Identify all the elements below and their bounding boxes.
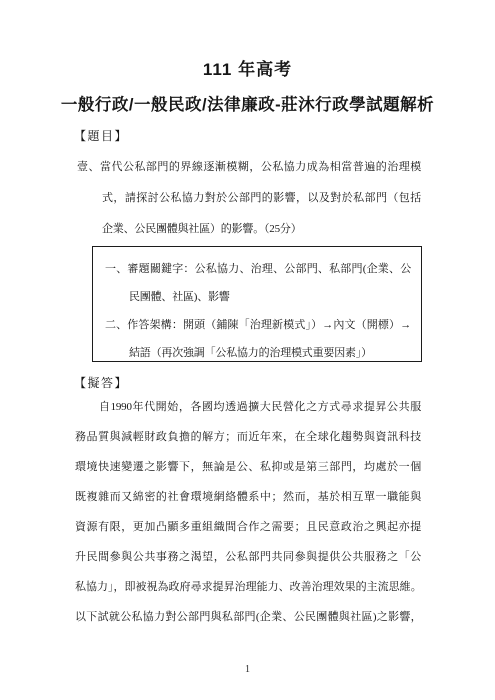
question-line: 企業、公民團體與社區）的影響。（25分）: [102, 214, 421, 245]
answer-line: 升民間參與公共事務之渴望，公私部門共同參與提供公共服務之「公: [75, 542, 421, 572]
document-page: { "document": { "title": "111 年高考", "sub…: [0, 0, 495, 700]
answer-line: 務品質與減輕財政負擔的解方；而近年來，在全球化趨勢與資訊科技: [75, 422, 421, 452]
answer-line: 既複雜而又綿密的社會環境網絡體系中；然而，基於相互單一職能與: [75, 482, 421, 512]
question-label: 【題目】: [74, 127, 128, 144]
page-subtitle: 一般行政/一般民政/法律廉政-莊沐行政學試題解析: [0, 91, 495, 115]
answer-label: 【擬答】: [74, 374, 128, 391]
key-points-box: 一、審題關鍵字：公私協力、治理、公部門、私部門(企業、公 民團體、社區)、影響 …: [92, 246, 422, 362]
key-box-line: 一、審題關鍵字：公私協力、治理、公部門、私部門(企業、公: [105, 255, 411, 283]
answer-line: 自1990年代開始，各國均透過擴大民營化之方式尋求提昇公共服: [75, 392, 421, 422]
question-paragraph: 壹、當代公私部門的界線逐漸模糊，公私協力成為相當普遍的治理模 式，請探討公私協力…: [77, 152, 421, 245]
key-box-line: 民團體、社區)、影響: [129, 283, 411, 311]
answer-line: 環境快速變遷之影響下，無論是公、私抑或是第三部門，均處於一個: [75, 452, 421, 482]
answer-paragraph: 自1990年代開始，各國均透過擴大民營化之方式尋求提昇公共服 務品質與減輕財政負…: [75, 392, 421, 632]
key-box-line: 二、作答架構：開頭（鋪陳「治理新模式」）→內文（開標）→: [105, 311, 411, 339]
page-number: 1: [0, 664, 495, 675]
page-title: 111 年高考: [0, 55, 495, 80]
question-line: 壹、當代公私部門的界線逐漸模糊，公私協力成為相當普遍的治理模: [77, 152, 421, 183]
answer-line: 以下試就公私協力對公部門與私部門(企業、公民團體與社區)之影響，: [75, 602, 421, 632]
answer-line: 私協力」，即被視為政府尋求提昇治理能力、改善治理效果的主流思維。: [75, 572, 421, 602]
question-line: 式，請探討公私協力對於公部門的影響，以及對於私部門（包括: [102, 183, 421, 214]
key-box-line: 結語（再次強調「公私協力的治理模式重要因素」）: [129, 339, 411, 367]
answer-line: 資源有限，更加凸顯多重組織間合作之需要；且民意政治之興起亦提: [75, 512, 421, 542]
